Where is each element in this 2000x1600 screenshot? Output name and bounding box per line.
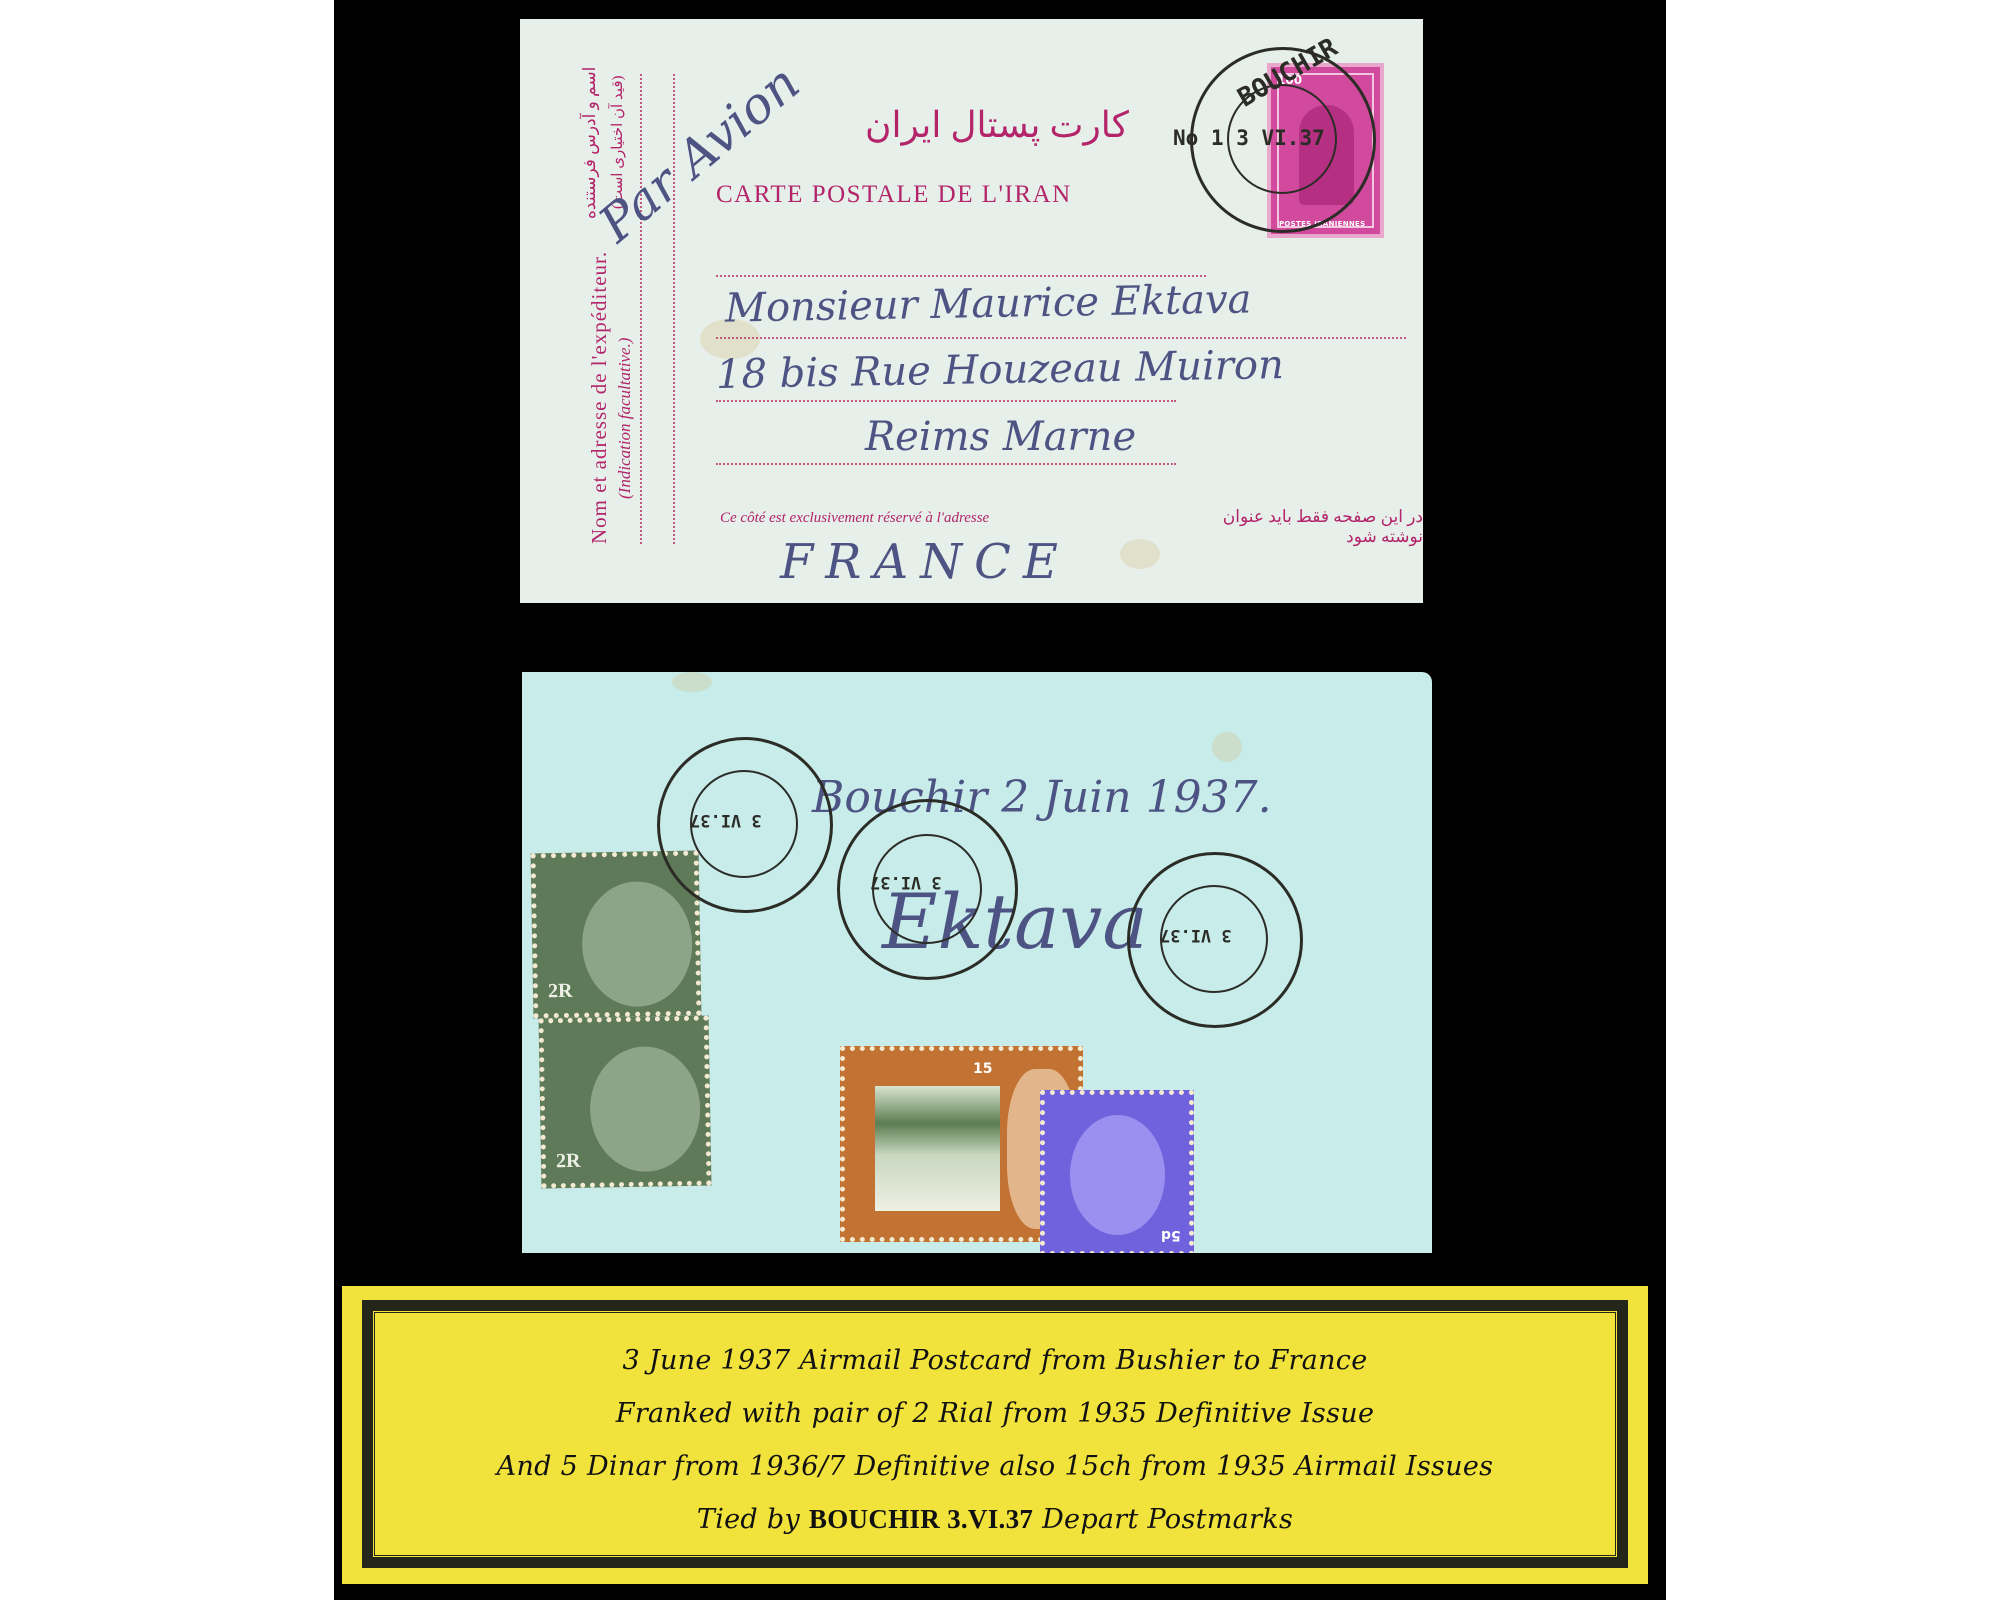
postcard-back: Bouchir 2 Juin 1937. Ektava 2R 2R 15 5d … (522, 672, 1432, 1253)
handwritten-country: FRANCE (780, 534, 1070, 590)
address-side-note-french: Ce côté est exclusivement réservé à l'ad… (720, 510, 989, 527)
address-side-note-persian: در این صفحه فقط باید عنوان نوشته شود (1210, 507, 1423, 547)
sender-address-label: Nom et adresse de l'expéditeur. (587, 251, 612, 544)
postmark-back: 3 VI.37 (657, 737, 833, 913)
stamp-2-rial: 2R (539, 1016, 712, 1189)
address-line (716, 463, 1176, 465)
dotted-divider (640, 74, 642, 544)
caption-line-1: 3 June 1937 Airmail Postcard from Bushie… (342, 1334, 1648, 1387)
caption-box: 3 June 1937 Airmail Postcard from Bushie… (342, 1286, 1648, 1584)
portrait-icon (581, 881, 693, 1008)
postmark-back: 3 VI.37 (837, 799, 1018, 980)
card-title-french: CARTE POSTALE DE L'IRAN (716, 181, 1072, 209)
caption-line-4: Tied by BOUCHIR 3.VI.37 Depart Postmarks (342, 1493, 1648, 1546)
card-title-persian: کارت پستال ایران (865, 104, 1129, 146)
portrait-icon (1070, 1115, 1165, 1235)
handwritten-address-line-1: Monsieur Maurice Ektava (725, 276, 1252, 331)
caption-line-3: And 5 Dinar from 1936/7 Definitive also … (342, 1440, 1648, 1493)
stamp-5-dinar: 5d (1040, 1090, 1194, 1253)
postmark-back: 3 VI.37 (1127, 852, 1303, 1028)
address-line (716, 400, 1176, 402)
caption-line-2: Franked with pair of 2 Rial from 1935 De… (342, 1387, 1648, 1440)
sender-address-label-persian: اسم و آدرس فرستنده (580, 67, 600, 219)
postmark-front: BOUCHIR No 1 3 VI.37 (1190, 47, 1376, 233)
address-line (716, 275, 1206, 277)
portrait-icon (589, 1046, 701, 1173)
postcard-front: Nom et adresse de l'expéditeur. (Indicat… (520, 19, 1423, 603)
handwritten-address-line-2: 18 bis Rue Houzeau Muiron (716, 342, 1285, 398)
handwritten-address-line-3: Reims Marne (865, 414, 1136, 460)
postmark-date: No 1 3 VI.37 (1173, 126, 1325, 150)
address-line (716, 337, 1406, 339)
airplane-landscape-icon (875, 1086, 1000, 1211)
sender-address-note: (Indication facultative.) (615, 338, 635, 499)
